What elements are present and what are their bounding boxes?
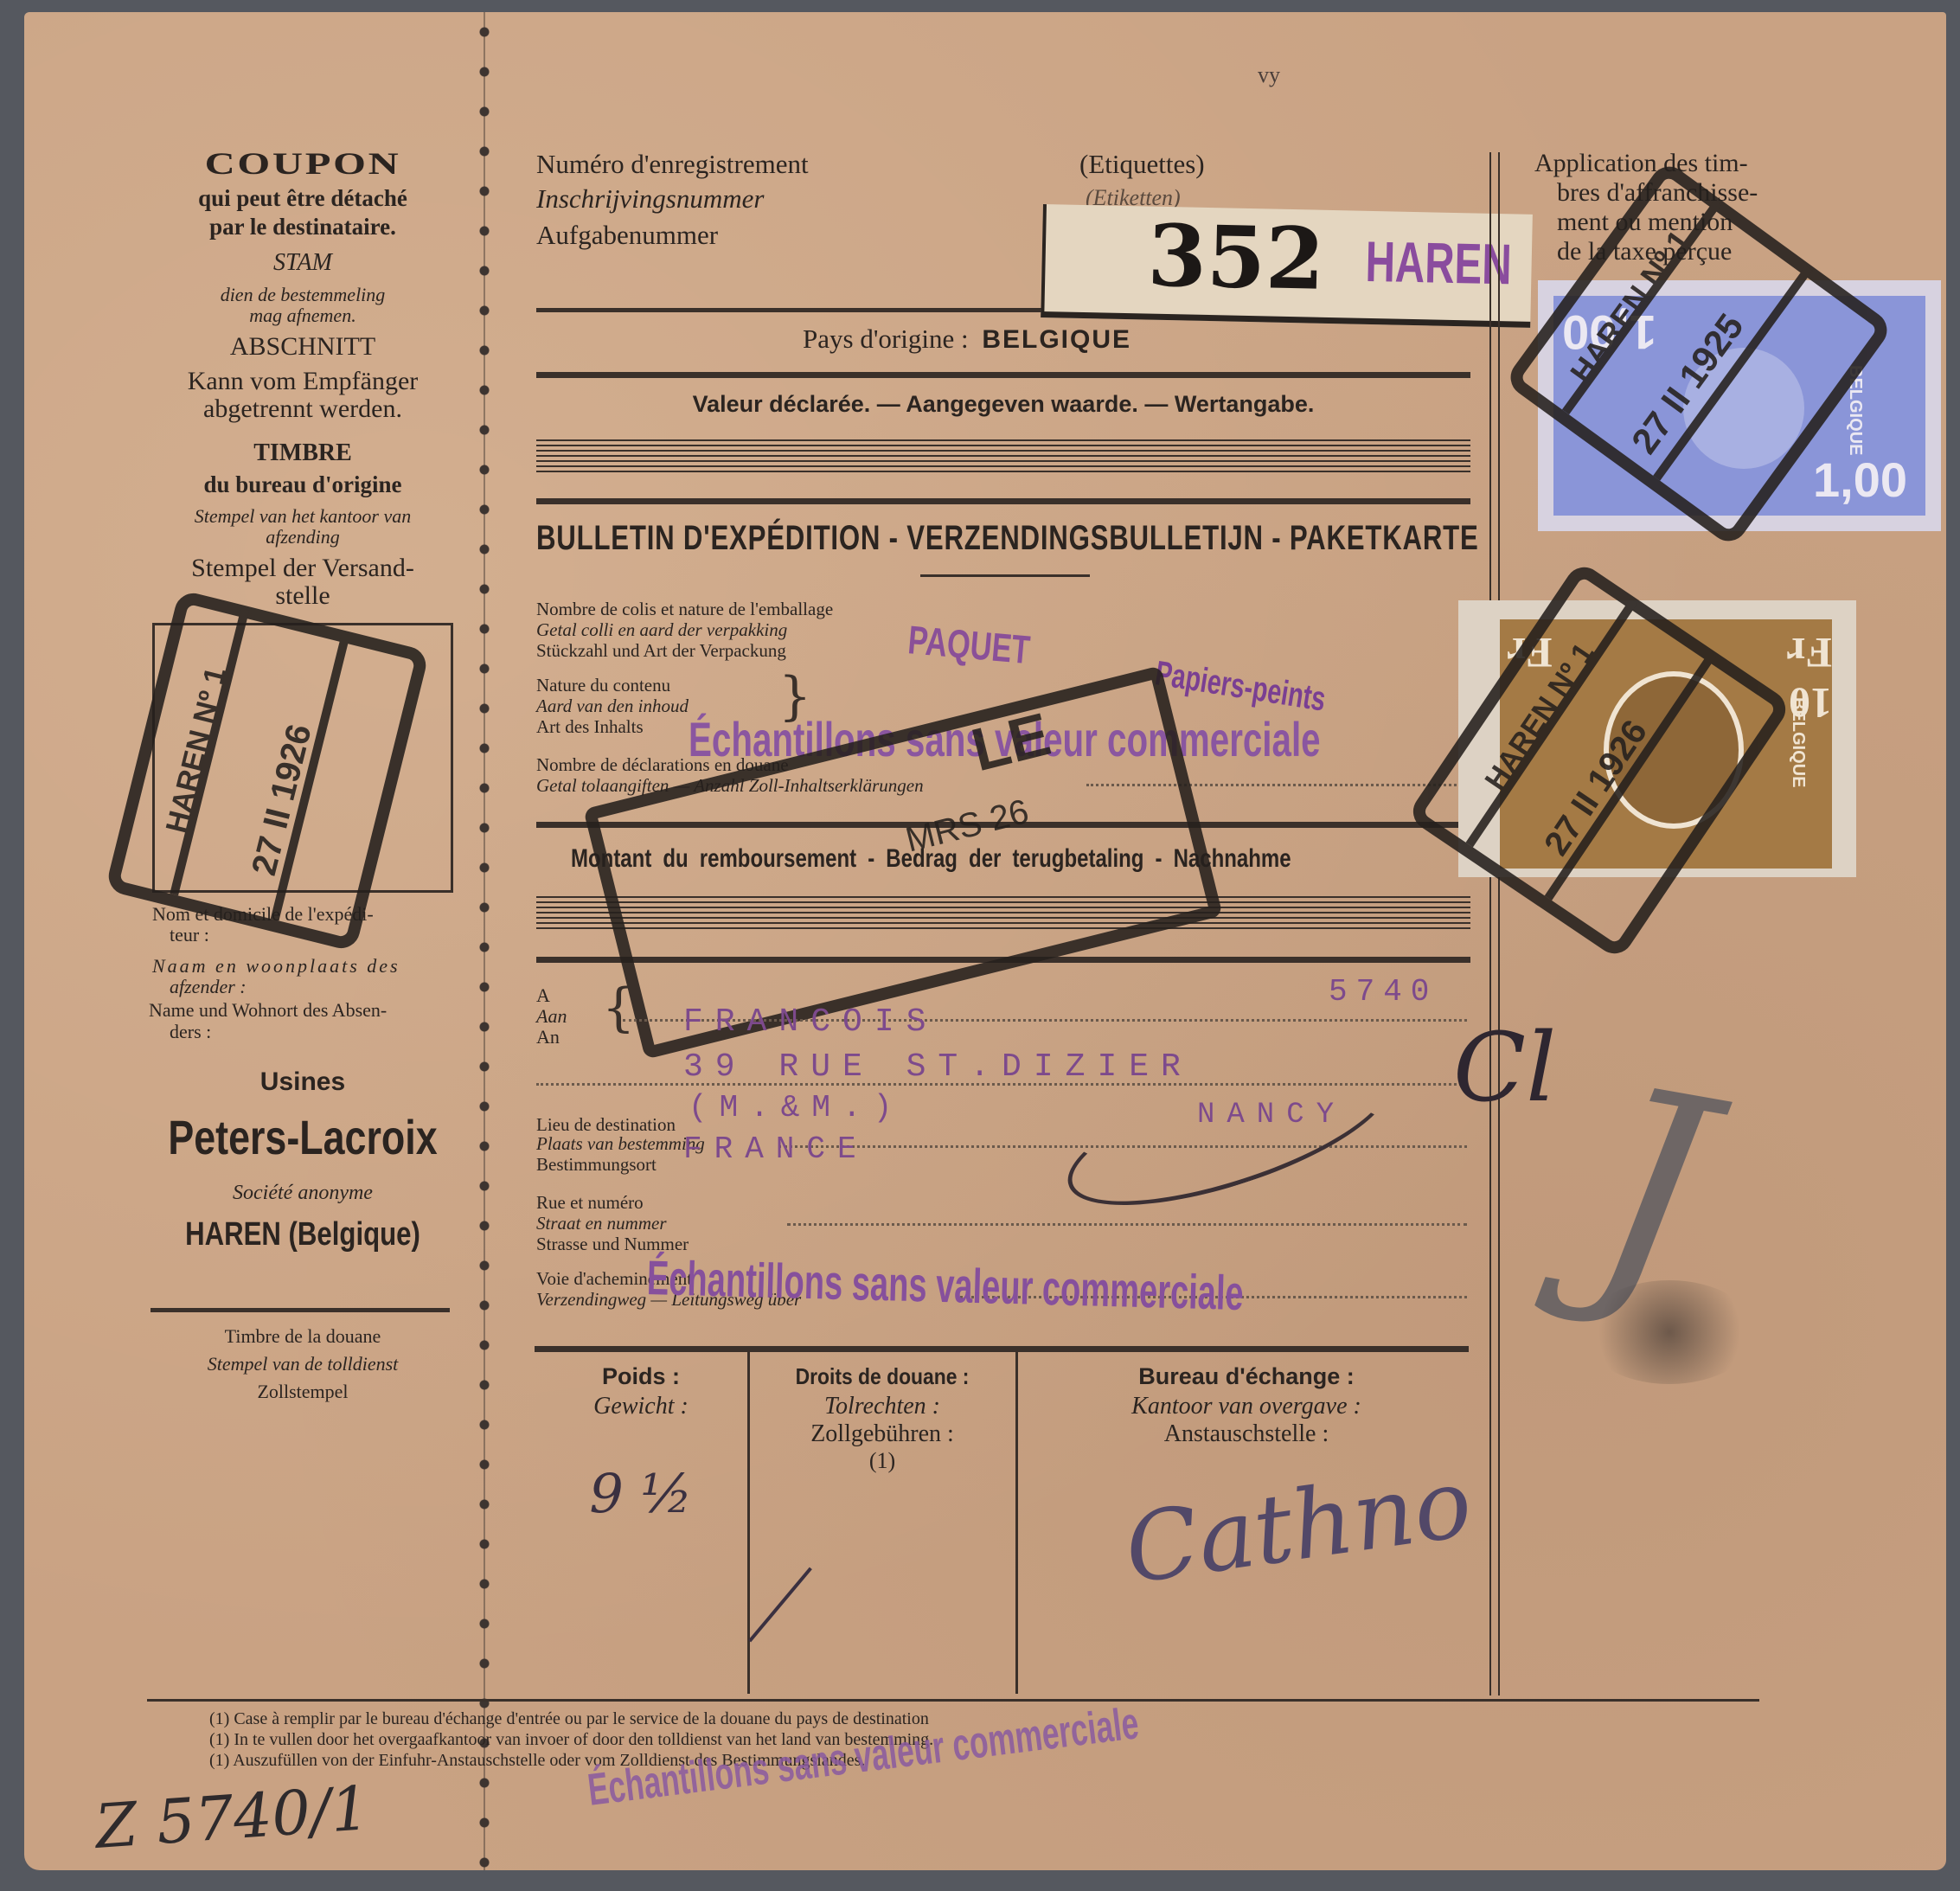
sender-label-de-1: Name und Wohnort des Absen-: [149, 999, 457, 1022]
sender-label-nl-1: Naam en woonplaats des: [152, 955, 452, 978]
exchange-label-de: Anstauschstelle :: [1017, 1420, 1476, 1448]
rule-declared: [536, 498, 1470, 504]
postage-stamp-2-country: BELGIQUE: [1788, 697, 1808, 787]
addressee-label-nl: Aan: [536, 1005, 567, 1028]
origin-label: Pays d'origine : BELGIQUE: [803, 324, 1131, 355]
addressee-label-fr: A: [536, 984, 550, 1007]
destination-country: FRANCE: [683, 1131, 868, 1167]
stamp-area-line1: Application des tim-: [1534, 149, 1748, 178]
addressee-name: FRANCOIS: [683, 1003, 938, 1041]
duty-label-nl: Tolrechten :: [749, 1393, 1015, 1420]
footnote-rule: [147, 1699, 1759, 1702]
addressee-label-de: An: [536, 1026, 560, 1048]
origin-label-text: Pays d'origine :: [803, 324, 969, 354]
sender-label-de-2: ders :: [170, 1021, 455, 1043]
registration-label-de: Aufgabenummer: [536, 220, 718, 251]
coupon-title: COUPON: [93, 145, 513, 182]
coupon-nl-line1: dien de bestemmeling: [130, 284, 476, 306]
postage-stamp-1-value-br: 1,00: [1813, 452, 1907, 508]
colis-label-fr: Nombre de colis et nature de l'emballage: [536, 599, 833, 620]
registration-number: 352: [1147, 207, 1326, 310]
origin-country: BELGIQUE: [982, 325, 1131, 354]
coupon-de-line1: Kann vom Empfänger: [130, 367, 476, 396]
duty-label-fr: Droits de douane :: [765, 1363, 999, 1390]
addressee-region: (M.&M.): [689, 1090, 904, 1125]
top-handwritten-mark: vy: [1258, 62, 1280, 88]
duty-footnote-ref: (1): [749, 1448, 1015, 1474]
colis-label-nl: Getal colli en aard der verpakking: [536, 619, 787, 641]
labels-heading-fr: (Etiquettes): [1079, 149, 1205, 180]
ink-smudge: [1583, 1280, 1756, 1384]
street-label-fr: Rue et numéro: [536, 1192, 644, 1214]
destination-label-de: Bestimmungsort: [536, 1154, 657, 1176]
title-underline: [920, 574, 1090, 577]
sender-label-nl-2: afzender :: [170, 976, 455, 998]
customs-stamp-fr: Timbre de la douane: [130, 1325, 476, 1348]
timbre-nl-2: afzending: [130, 526, 476, 548]
perforation-holes: [478, 12, 490, 1870]
company-city: HAREN (Belgique): [161, 1216, 445, 1253]
street-field: [787, 1223, 1467, 1226]
colis-label-de: Stückzahl und Art der Verpackung: [536, 640, 786, 662]
nature-label-fr: Nature du contenu: [536, 675, 670, 696]
destination-label-nl: Plaats van bestemming: [536, 1133, 705, 1155]
nature-label-de: Art des Inhalts: [536, 716, 644, 738]
customs-stamp-de: Zollstempel: [130, 1381, 476, 1403]
postmark-coupon-date: 27 II 1926: [245, 669, 333, 880]
exchange-label-nl: Kantoor van overgave :: [1017, 1393, 1476, 1420]
coupon-fr-line2: par le destinataire.: [130, 214, 476, 240]
customs-stamp-nl: Stempel van de tolldienst: [130, 1353, 476, 1375]
company-type: Société anonyme: [130, 1182, 476, 1205]
stamp-area-border-2: [1498, 152, 1500, 1695]
coupon-divider: [151, 1308, 450, 1312]
coupon-fr-line1: qui peut être détaché: [130, 185, 476, 212]
street-label-nl: Straat en nummer: [536, 1213, 667, 1234]
timbre-de-1: Stempel der Versand-: [130, 554, 476, 583]
postmark-center-text: LE: [965, 699, 1057, 785]
footnote-fr: (1) Case à remplir par le bureau d'échan…: [209, 1709, 929, 1729]
registration-label-sticker: 352 HAREN: [1041, 204, 1533, 328]
exchange-label-fr: Bureau d'échange :: [1017, 1363, 1476, 1390]
nature-label-nl: Aard van den inhoud: [536, 696, 689, 717]
coupon-nl-title: STAM: [130, 249, 476, 277]
registration-label-fr: Numéro d'enregistrement: [536, 149, 809, 180]
rule-registration: [536, 308, 1047, 312]
rule-bottom-table: [535, 1346, 1469, 1352]
declared-value-heading: Valeur déclarée. — Aangegeven waarde. — …: [536, 391, 1470, 418]
weight-label-fr: Poids :: [535, 1363, 747, 1390]
declared-value-field: [536, 439, 1470, 476]
coupon-nl-line2: mag afnemen.: [130, 304, 476, 327]
company-prefix: Usines: [130, 1067, 476, 1097]
coupon-de-title: ABSCHNITT: [130, 332, 476, 362]
timbre-title: TIMBRE: [130, 439, 476, 467]
postmark-center-date: MRS 26: [902, 792, 1033, 861]
registration-label-nl: Inschrijvingsnummer: [536, 183, 764, 215]
addressee-brace: {: [602, 978, 635, 1038]
coupon-de-line2: abgetrennt werden.: [130, 394, 476, 424]
consignment-number: 5740: [1329, 974, 1438, 1010]
duty-label-de: Zollgebühren :: [749, 1420, 1015, 1448]
postmark-coupon-station: HAREN Nº 1: [160, 660, 234, 836]
weight-label-nl: Gewicht :: [535, 1393, 747, 1420]
timbre-fr: du bureau d'origine: [130, 471, 476, 498]
addressee-street: 39 RUE ST.DIZIER: [683, 1048, 1193, 1086]
bulletin-title: BULLETIN D'EXPÉDITION - VERZENDINGSBULLE…: [536, 519, 1265, 558]
rule-origin: [536, 372, 1470, 378]
company-name: Peters-Lacroix: [164, 1109, 441, 1165]
stamp-area-border-1: [1489, 152, 1491, 1695]
weight-value: 9 ½: [535, 1462, 747, 1525]
right-handwritten-initials: Cl: [1453, 1012, 1556, 1123]
timbre-nl-1: Stempel van het kantoor van: [130, 505, 476, 528]
